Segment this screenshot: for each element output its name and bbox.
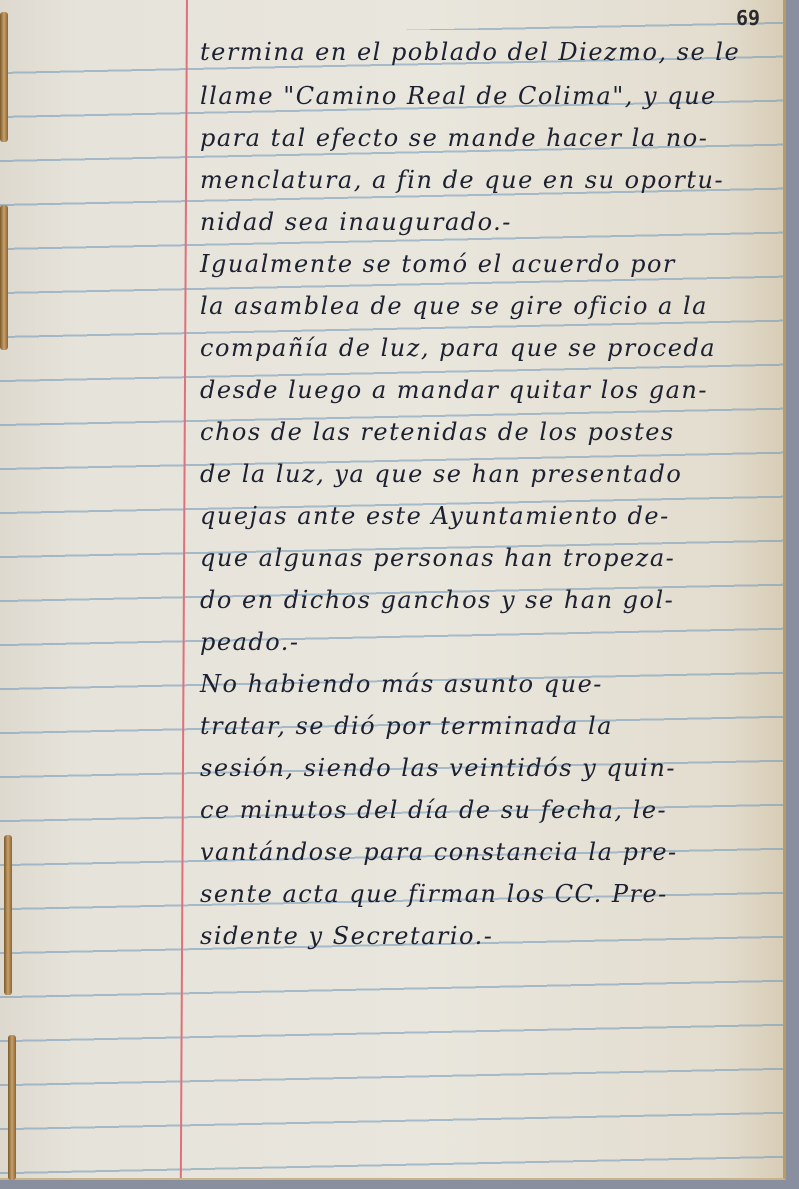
handwritten-line: No habiendo más asunto que- — [200, 670, 603, 698]
binding-stitch — [0, 205, 8, 350]
handwritten-line: la asamblea de que se gire oficio a la — [200, 292, 708, 320]
handwritten-line: que algunas personas han tropeza- — [200, 544, 675, 572]
handwritten-line: compañía de luz, para que se proceda — [200, 334, 716, 362]
handwritten-line: llame "Camino Real de Colima", y que — [200, 82, 717, 110]
handwritten-line: sente acta que firman los CC. Pre- — [200, 880, 668, 908]
handwritten-line: chos de las retenidas de los postes — [200, 418, 675, 446]
handwritten-line: sidente y Secretario.- — [200, 922, 493, 950]
page-number: 69 — [736, 6, 760, 30]
handwritten-line: para tal efecto se mande hacer la no- — [200, 124, 708, 152]
handwritten-line: vantándose para constancia la pre- — [200, 838, 678, 866]
handwritten-line: Igualmente se tomó el acuerdo por — [200, 250, 676, 278]
ledger-page: 69 termina en el poblado del Diezmo, se … — [0, 0, 786, 1180]
binding-stitch — [4, 835, 12, 995]
handwritten-line: ce minutos del día de su fecha, le- — [200, 796, 667, 824]
handwritten-line: quejas ante este Ayuntamiento de- — [200, 502, 670, 530]
handwritten-line: peado.- — [200, 628, 300, 656]
handwritten-line: do en dichos ganchos y se han gol- — [200, 586, 674, 614]
handwritten-line: desde luego a mandar quitar los gan- — [200, 376, 708, 404]
handwritten-line: sesión, siendo las veintidós y quin- — [200, 754, 676, 782]
binding-stitch — [8, 1035, 16, 1180]
handwritten-line: termina en el poblado del Diezmo, se le — [200, 38, 740, 66]
binding-stitch — [0, 12, 8, 142]
handwritten-line: de la luz, ya que se han presentado — [200, 460, 682, 488]
handwritten-line: menclatura, a fin de que en su oportu- — [200, 166, 724, 194]
handwritten-line: tratar, se dió por terminada la — [200, 712, 613, 740]
handwritten-line: nidad sea inaugurado.- — [200, 208, 512, 236]
